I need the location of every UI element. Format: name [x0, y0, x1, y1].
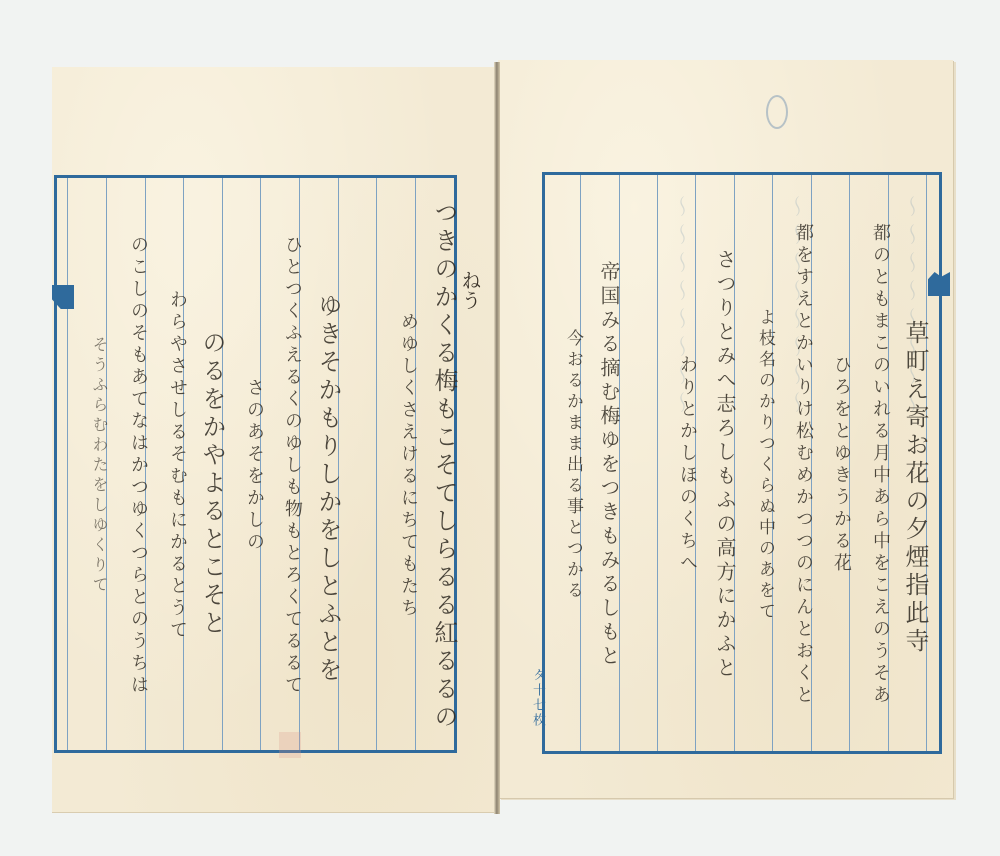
text-column: わりとかしほのくちへ	[660, 189, 696, 741]
right-page: 〜〜〜〜〜〜〜〜 〜〜〜〜〜〜〜〜 〜〜〜〜〜〜〜〜 草町え寄お花の夕煙指此寺 …	[498, 60, 953, 798]
text-column: よ枝名のかりつくらぬ中のあをて	[737, 189, 773, 741]
text-column: 都をすえとかいりけ松むめかつつのにんとおくと	[776, 189, 812, 741]
text-column: のこしのそもあてなはかつゆくつらとのうちは	[109, 192, 147, 740]
left-page-ruled-frame: つきのかくる梅もこそてしらるる紅るるの めゆしくさえけるにちてもたち ゆきそかも…	[54, 175, 457, 753]
sheet-number-note: タ十七枚	[528, 668, 547, 728]
rule-line	[67, 178, 68, 750]
text-column: そうふらむわたをしゆくりて	[69, 192, 107, 740]
left-page: つきのかくる梅もこそてしらるる紅るるの めゆしくさえけるにちてもたち ゆきそかも…	[52, 67, 498, 812]
pencil-mark	[766, 95, 788, 129]
text-column: ゆきそかもりしかをしとふとを	[302, 238, 340, 740]
text-column: ひろをとゆきうかる花	[814, 189, 850, 741]
text-column: 帝国みる摘む梅ゆをつきもみるしもと	[583, 189, 619, 741]
text-column: ひとつくふえるくのゆしも物もとろくてるるて	[263, 192, 301, 740]
text-column: さつりとみへ志ろしもふの高方にかふと	[699, 189, 735, 741]
text-column: 都のともまこのいれる月中あら中をこえのうそあ	[853, 189, 889, 741]
text-column: 草町え寄お花の夕煙指此寺	[891, 235, 927, 741]
text-column: さのあそをかしの	[225, 192, 263, 740]
right-page-ruled-frame: 〜〜〜〜〜〜〜〜 〜〜〜〜〜〜〜〜 〜〜〜〜〜〜〜〜 草町え寄お花の夕煙指此寺 …	[542, 172, 942, 754]
red-seal	[279, 732, 301, 758]
text-column: わらやさせしるそむもにかるとうて	[148, 192, 186, 740]
text-column	[622, 189, 658, 741]
book-gutter	[494, 62, 500, 814]
text-column: 今おるかまま出る事とつかる	[545, 189, 581, 741]
text-column	[341, 192, 379, 740]
text-column: めゆしくさえけるにちてもたち	[379, 192, 417, 740]
text-column: のるをかやよるとこそと	[186, 228, 224, 740]
text-column: つきのかくる梅もこそてしらるる紅るるの	[418, 192, 456, 740]
left-page-heading: ねう	[456, 270, 485, 310]
